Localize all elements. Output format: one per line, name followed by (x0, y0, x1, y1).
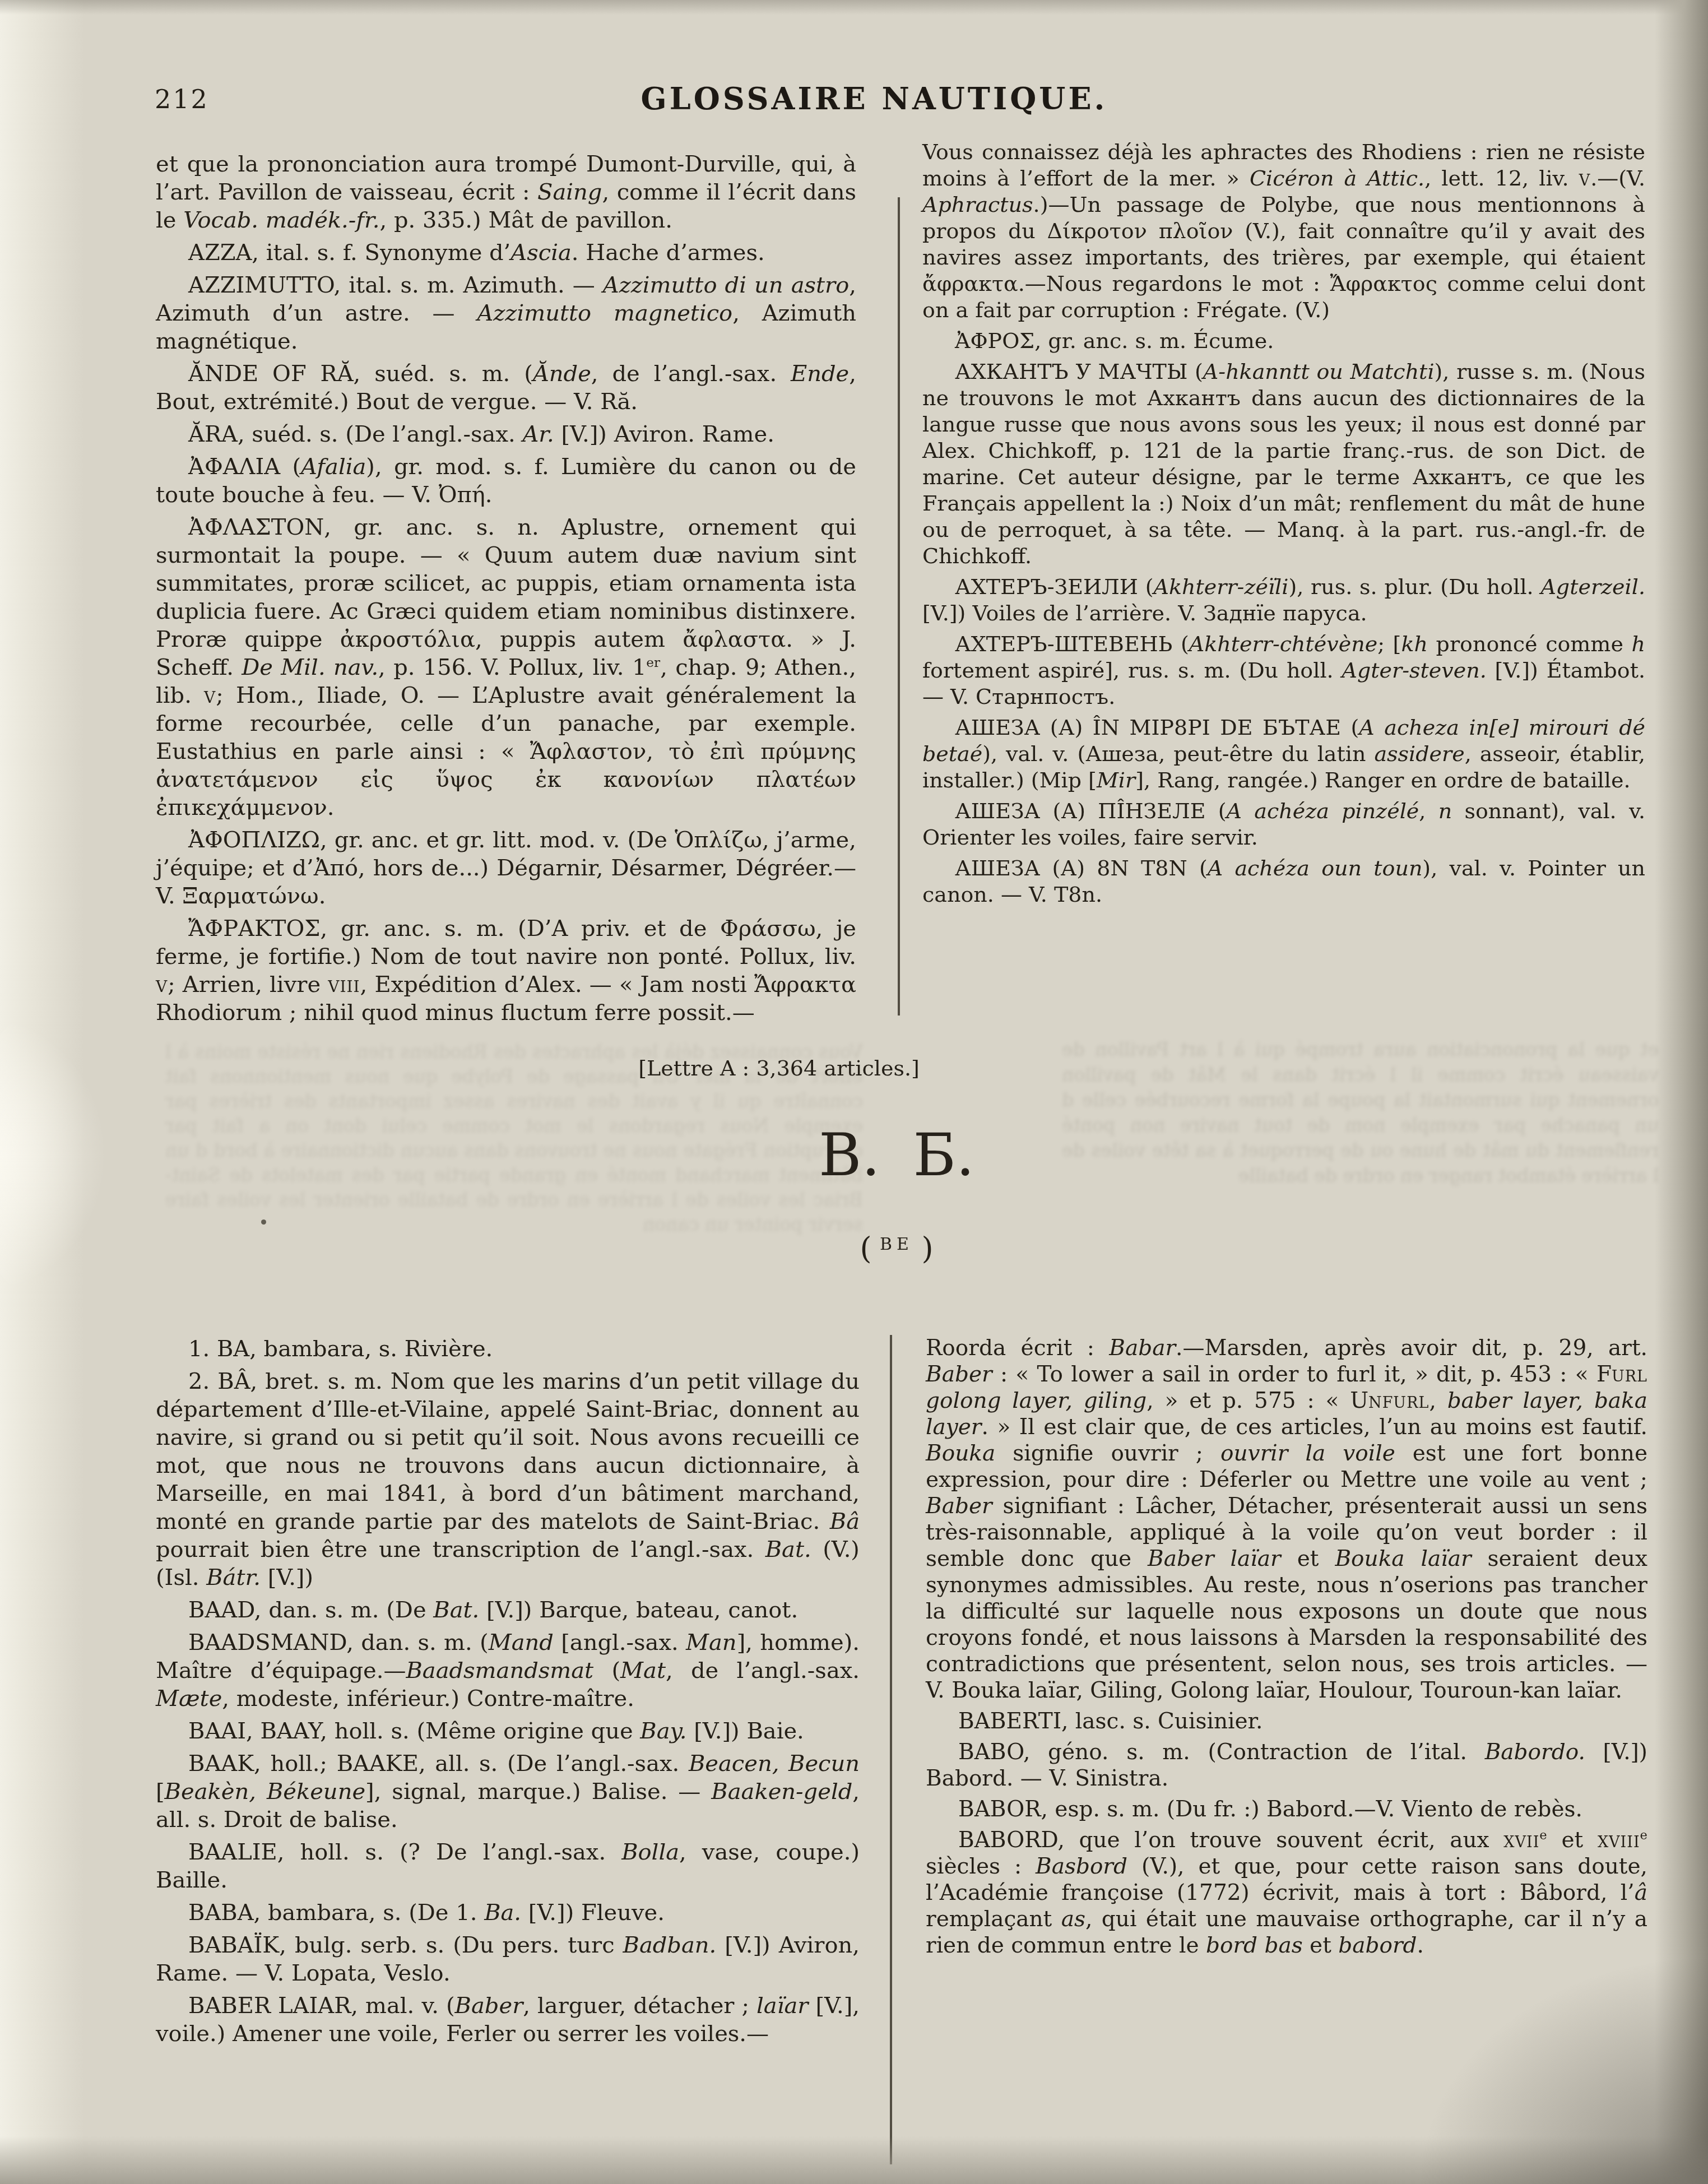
text-run: et (1547, 1828, 1598, 1853)
text-run: remplaçant (926, 1907, 1061, 1932)
text-run: ouvrir la voile (1220, 1441, 1395, 1466)
text-run: АХКАНТЪ У МАЧТЫ ( (955, 359, 1203, 384)
text-run: BABAÏK, bulg. serb. s. (Du pers. turc (188, 1932, 623, 1958)
paren-close-glyph: ) (922, 1231, 934, 1266)
entry-paragraph: ἈΦΑΛΙΑ (Afalia), gr. mod. s. f. Lumière … (156, 453, 856, 509)
column-divider-upper (898, 197, 900, 1016)
text-run: BABORD, que l’on trouve souvent écrit, a… (958, 1828, 1503, 1853)
text-run: Akhterr-zéïli (1154, 574, 1289, 599)
entry-paragraph: Roorda écrit : Babar.—Marsden, après avo… (926, 1335, 1647, 1704)
column-divider-lower (890, 1335, 892, 2164)
text-run: , (1429, 1388, 1447, 1413)
text-run: signifie ouvrir ; (995, 1441, 1220, 1466)
text-run: kh (1401, 632, 1428, 656)
text-run: Mat (620, 1658, 666, 1684)
text-run: Saing (537, 179, 602, 205)
bleedthrough-right: et que la prononciation aura trompé qui … (1062, 1037, 1659, 1320)
text-run: , larguer, détacher ; (523, 1993, 756, 2019)
entry-paragraph: ἌΦΡΑΚΤΟΣ, gr. anc. s. m. (D’Α priv. et d… (156, 915, 856, 1027)
text-run: A achéza pinzélé (1227, 799, 1419, 823)
text-run: BABA, bambara, s. (De 1. (188, 1900, 484, 1926)
text-run: Badban. (623, 1932, 717, 1958)
entry-paragraph: BAALIE, holl. s. (? De l’angl.-sax. Boll… (156, 1838, 860, 1894)
text-run: ], signal, marque.) Balise. — (365, 1779, 711, 1805)
text-run: nfurl (1368, 1388, 1429, 1413)
text-run: , lett. 12, liv. (1424, 166, 1579, 191)
section-heading-letter-b: B. Б. (672, 1121, 1121, 1189)
text-run: Bátr. (206, 1565, 261, 1591)
text-run: ĂNDE OF RĂ, suéd. s. m. ( (188, 361, 533, 387)
column-lower-right: Roorda écrit : Babar.—Marsden, après avo… (926, 1335, 1647, 1963)
text-run: e (1640, 1828, 1647, 1843)
entry-paragraph: АХТЕРЪ-ЗЕИЛИ (Akhterr-zéïli), rus. s. pl… (922, 574, 1645, 627)
text-run: n (1438, 799, 1452, 823)
text-run: : « To lower a sail in order to furl it,… (992, 1362, 1612, 1387)
text-run: 2. BÂ, bret. s. m. Nom que les marins d’… (156, 1369, 860, 1534)
text-run: golong layer, giling (926, 1388, 1147, 1413)
text-run: ], Rang, rangée.) Ranger en ordre de bat… (1135, 768, 1630, 792)
text-run: Baaken-geld (711, 1779, 852, 1805)
text-run: [angl.-sax. (554, 1630, 686, 1656)
text-run: [V.]) Voiles de l’arrière. V. Заднïе пар… (922, 601, 1367, 625)
paren-open-glyph: ( (860, 1231, 871, 1266)
text-run: Mæte (156, 1686, 222, 1712)
text-run: url (1612, 1362, 1647, 1387)
entry-paragraph: AZZA, ital. s. f. Synonyme d’Ascia. Hach… (156, 239, 856, 267)
text-run: , modeste, inférieur.) Contre-maître. (222, 1686, 634, 1712)
text-run: ), rus. s. plur. (Du holl. (1288, 574, 1540, 599)
page-crease (0, 1014, 106, 1295)
text-run: ἈΦΑΛΙΑ ( (188, 454, 301, 480)
text-run: BABO, géno. s. m. (Contraction de l’ital… (958, 1740, 1485, 1765)
text-run: ĂRA, suéd. s. (De l’angl.-sax. (188, 421, 522, 447)
entry-paragraph: АХТЕРЪ-ШТЕВЕНЬ (Akhterr-chtévène; [kh pr… (922, 631, 1645, 710)
scanned-page: Vous connaissez déjà les aphractes des R… (0, 0, 1708, 2184)
text-run: АХТЕРЪ-ЗЕИЛИ ( (955, 574, 1154, 599)
text-run: Man (686, 1630, 737, 1656)
text-run: BABER LAIAR, mal. v. ( (188, 1993, 455, 2019)
text-run: A achéza oun toun (1208, 856, 1423, 880)
text-run: siècles : (926, 1854, 1036, 1879)
entry-paragraph: et que la prononciation aura trompé Dumo… (156, 150, 856, 234)
entry-paragraph: BABA, bambara, s. (De 1. Ba. [V.]) Fleuv… (156, 1899, 860, 1927)
entry-paragraph: ĂNDE OF RĂ, suéd. s. m. (Ănde, de l’angl… (156, 360, 856, 416)
text-run: Baber laïar (1148, 1546, 1281, 1571)
text-run: BABERTI, lasc. s. Cuisinier. (958, 1709, 1263, 1734)
text-run: AZZIMUTTO, ital. s. m. Azimuth. — (188, 272, 603, 298)
text-run: АХТЕРЪ-ШТЕВЕНЬ ( (955, 632, 1189, 656)
text-run: v (1579, 166, 1591, 191)
text-run: Cicéron à Attic. (1250, 166, 1424, 191)
text-run: ; [ (1377, 632, 1401, 656)
text-run: ), russe s. m. (Nous ne trouvons le mot … (922, 359, 1645, 568)
entry-paragraph: BABAÏK, bulg. serb. s. (Du pers. turc Ba… (156, 1931, 860, 1987)
text-run: prononcé comme (1428, 632, 1632, 656)
entry-paragraph: AZZIMUTTO, ital. s. m. Azimuth. — Azzimu… (156, 271, 856, 355)
text-run: , » et p. 575 : « U (1147, 1388, 1368, 1413)
entry-paragraph: BABOR, esp. s. m. (Du fr. :) Babord.—V. … (926, 1796, 1647, 1823)
ink-speck (261, 1219, 266, 1225)
text-run: Ba. (484, 1900, 521, 1926)
entry-paragraph: АШЕЗА (А) 8N Т8N (A achéza oun toun), va… (922, 855, 1645, 908)
entry-paragraph: ἈΦΡΟΣ, gr. anc. s. m. Écume. (922, 328, 1645, 354)
text-run: viii (328, 972, 360, 998)
text-run: АШЕЗА (А) ПÎНЗЕЛЕ ( (955, 799, 1227, 823)
entry-paragraph: BABO, géno. s. m. (Contraction de l’ital… (926, 1739, 1647, 1792)
entry-paragraph: BABERTI, lasc. s. Cuisinier. (926, 1708, 1647, 1735)
text-run: Baber (926, 1494, 992, 1519)
text-run: laïar (756, 1993, 808, 2019)
text-run: BAAI, BAAY, holl. s. (Même origine que (188, 1718, 640, 1744)
text-run: Bay. (640, 1718, 686, 1744)
entry-paragraph: BABER LAIAR, mal. v. (Baber, larguer, dé… (156, 1992, 860, 2048)
text-run: Baber (926, 1362, 992, 1387)
text-run: v (204, 683, 216, 708)
text-run: Agterzeil. (1540, 574, 1645, 599)
text-run: as (1061, 1907, 1085, 1932)
text-run: h (1632, 632, 1645, 656)
text-run: De Mil. nav. (242, 655, 378, 680)
text-run: [V.]) Aviron. Rame. (554, 421, 774, 447)
text-run: Vocab. madék.-fr. (183, 207, 379, 233)
text-run: [ (156, 1779, 165, 1805)
text-run: BAAD, dan. s. m. (De (188, 1597, 433, 1623)
text-run: e (1539, 1828, 1547, 1843)
entry-paragraph: АШЕЗА (А) ÎN МІР8РІ DE БЪТАЕ (A acheza i… (922, 715, 1645, 794)
text-run: , de l’angl.-sax. (666, 1658, 860, 1684)
text-run: assidere (1374, 741, 1464, 766)
text-run: Azzimutto di un astro (603, 272, 850, 298)
text-run: Bat. (765, 1537, 811, 1562)
entry-paragraph: ĂRA, suéd. s. (De l’angl.-sax. Ar. [V.])… (156, 420, 856, 448)
section-sub-label: BE (880, 1235, 913, 1254)
column-upper-left: et que la prononciation aura trompé Dumo… (156, 150, 856, 1031)
text-run: Babordo. (1485, 1740, 1585, 1765)
entry-paragraph: BAAD, dan. s. m. (De Bat. [V.]) Barque, … (156, 1596, 860, 1624)
entry-paragraph: АХКАНТЪ У МАЧТЫ (A-hkanntt ou Matchti), … (922, 359, 1645, 569)
text-run: Bouka (926, 1441, 995, 1466)
text-run: [V.]) Fleuve. (521, 1900, 665, 1926)
text-run: Azzimutto magnetico (477, 300, 732, 326)
scan-corner-shadow (1394, 1937, 1708, 2184)
text-run: ; Hom., Iliade, O. — L’Aplustre avait gé… (156, 683, 856, 820)
column-lower-left: 1. BA, bambara, s. Rivière.2. BÂ, bret. … (156, 1335, 860, 2052)
text-run: ), val. v. (Ашеза, peut-être du latin (982, 741, 1374, 766)
text-run: Bolla (621, 1839, 679, 1865)
text-run: , de l’angl.-sax. (591, 361, 791, 387)
text-run: BAALIE, holl. s. (? De l’angl.-sax. (188, 1839, 621, 1865)
text-run: Beakèn, Békeune (165, 1779, 365, 1805)
text-run: .—Marsden, après avoir dit, p. 29, art. (1176, 1336, 1647, 1361)
text-run: Baadsmandsmat (406, 1658, 593, 1684)
entry-paragraph: BAAI, BAAY, holl. s. (Même origine que B… (156, 1717, 860, 1745)
text-run: Akhterr-chtévène (1189, 632, 1377, 656)
text-run: BAAK, holl.; BAAKE, all. s. (De l’angl.-… (188, 1751, 689, 1777)
text-run: xviii (1598, 1828, 1640, 1853)
text-run: Baber (455, 1993, 523, 2019)
text-run: ; Arrien, livre (168, 972, 328, 998)
entry-paragraph: ἈΦΛΑΣΤΟΝ, gr. anc. s. n. Aplustre, ornem… (156, 513, 856, 822)
text-run: [V.]) Baie. (687, 1718, 804, 1744)
text-run: АШЕЗА (А) ÎN МІР8РІ DE БЪТАЕ ( (955, 715, 1359, 740)
text-run: et (1281, 1546, 1335, 1571)
text-run: .—(V. (1590, 166, 1645, 191)
text-run: Agter-steven. (1342, 658, 1486, 683)
text-run: Bouka laïar (1335, 1546, 1471, 1571)
letter-a-article-count-note: [Lettre A : 3,364 articles.] (572, 1056, 986, 1081)
text-run: ἌΦΡΑΚΤΟΣ, gr. anc. s. m. (D’Α priv. et d… (156, 916, 856, 970)
column-upper-right: Vous connaissez déjà les aphractes des R… (922, 139, 1645, 912)
scan-edge-top (0, 0, 1708, 15)
text-run: A-hkanntt ou Matchti (1203, 359, 1435, 384)
text-run: v (156, 972, 168, 998)
text-run: [V.]) Barque, bateau, canot. (479, 1597, 798, 1623)
text-run: Ende (791, 361, 849, 387)
page-title: GLOSSAIRE NAUTIQUE. (34, 81, 1708, 117)
entry-paragraph: Vous connaissez déjà les aphractes des R… (922, 139, 1645, 323)
text-run: ἈΦΡΟΣ, gr. anc. s. m. Écume. (955, 328, 1274, 353)
text-run: . Hache d’armes. (572, 240, 765, 266)
entry-paragraph: ἈΦΟΠΛΙΖΩ, gr. anc. et gr. litt. mod. v. … (156, 826, 856, 910)
text-run: et (1303, 1933, 1339, 1958)
text-run: BAADSMAND, dan. s. m. ( (188, 1630, 489, 1656)
section-heading-be: ( BE ) (672, 1231, 1121, 1266)
text-run: fortement aspiré], rus. s. m. (Du holl. (922, 658, 1342, 683)
text-run: АШЕЗА (А) 8N Т8N ( (955, 856, 1208, 880)
text-run: BABOR, esp. s. m. (Du fr. :) Babord.—V. … (958, 1797, 1582, 1822)
text-run: ἈΦΟΠΛΙΖΩ, gr. anc. et gr. litt. mod. v. … (156, 827, 856, 909)
text-run: [V.]) (261, 1565, 313, 1591)
text-run: Mand (489, 1630, 554, 1656)
entry-paragraph: 1. BA, bambara, s. Rivière. (156, 1335, 860, 1363)
text-run: , p. 335.) Mât de pavillon. (380, 207, 672, 233)
entry-paragraph: 2. BÂ, bret. s. m. Nom que les marins d’… (156, 1367, 860, 1592)
text-run: ( (593, 1658, 620, 1684)
entry-paragraph: BAADSMAND, dan. s. m. (Mand [angl.-sax. … (156, 1629, 860, 1713)
text-run: Bâ (830, 1509, 860, 1534)
text-run: xvii (1503, 1828, 1539, 1853)
scan-edge-right (1655, 0, 1708, 2184)
text-run: . » Il est clair que, de ces articles, l… (981, 1415, 1647, 1440)
entry-paragraph: BAAK, holl.; BAAKE, all. s. (De l’angl.-… (156, 1750, 860, 1834)
text-run: Bat. (433, 1597, 479, 1623)
text-run: bord bas (1206, 1933, 1303, 1958)
text-run: Ar. (522, 421, 554, 447)
text-run: Ascia (510, 240, 571, 266)
text-run: Beacen, Becun (689, 1751, 860, 1777)
entry-paragraph: АШЕЗА (А) ПÎНЗЕЛЕ (A achéza pinzélé, n s… (922, 798, 1645, 851)
text-run: Babar (1109, 1336, 1176, 1361)
text-run: Roorda écrit : (926, 1336, 1109, 1361)
text-run: , (1419, 799, 1438, 823)
text-run: , p. 156. V. Pollux, liv. 1 (378, 655, 646, 680)
text-run: â (1635, 1880, 1647, 1905)
text-run: Ănde (533, 361, 591, 387)
text-run: pourrait bien être une transcription de … (156, 1537, 765, 1562)
text-run: 1. BA, bambara, s. Rivière. (188, 1336, 493, 1362)
text-run: Aphractus (922, 192, 1033, 217)
text-run: Afalia (301, 454, 366, 480)
text-run: er (646, 655, 660, 670)
text-run: Basbord (1036, 1854, 1127, 1879)
text-run: Mir (1097, 768, 1135, 792)
text-run: AZZA, ital. s. f. Synonyme d’ (188, 240, 510, 266)
